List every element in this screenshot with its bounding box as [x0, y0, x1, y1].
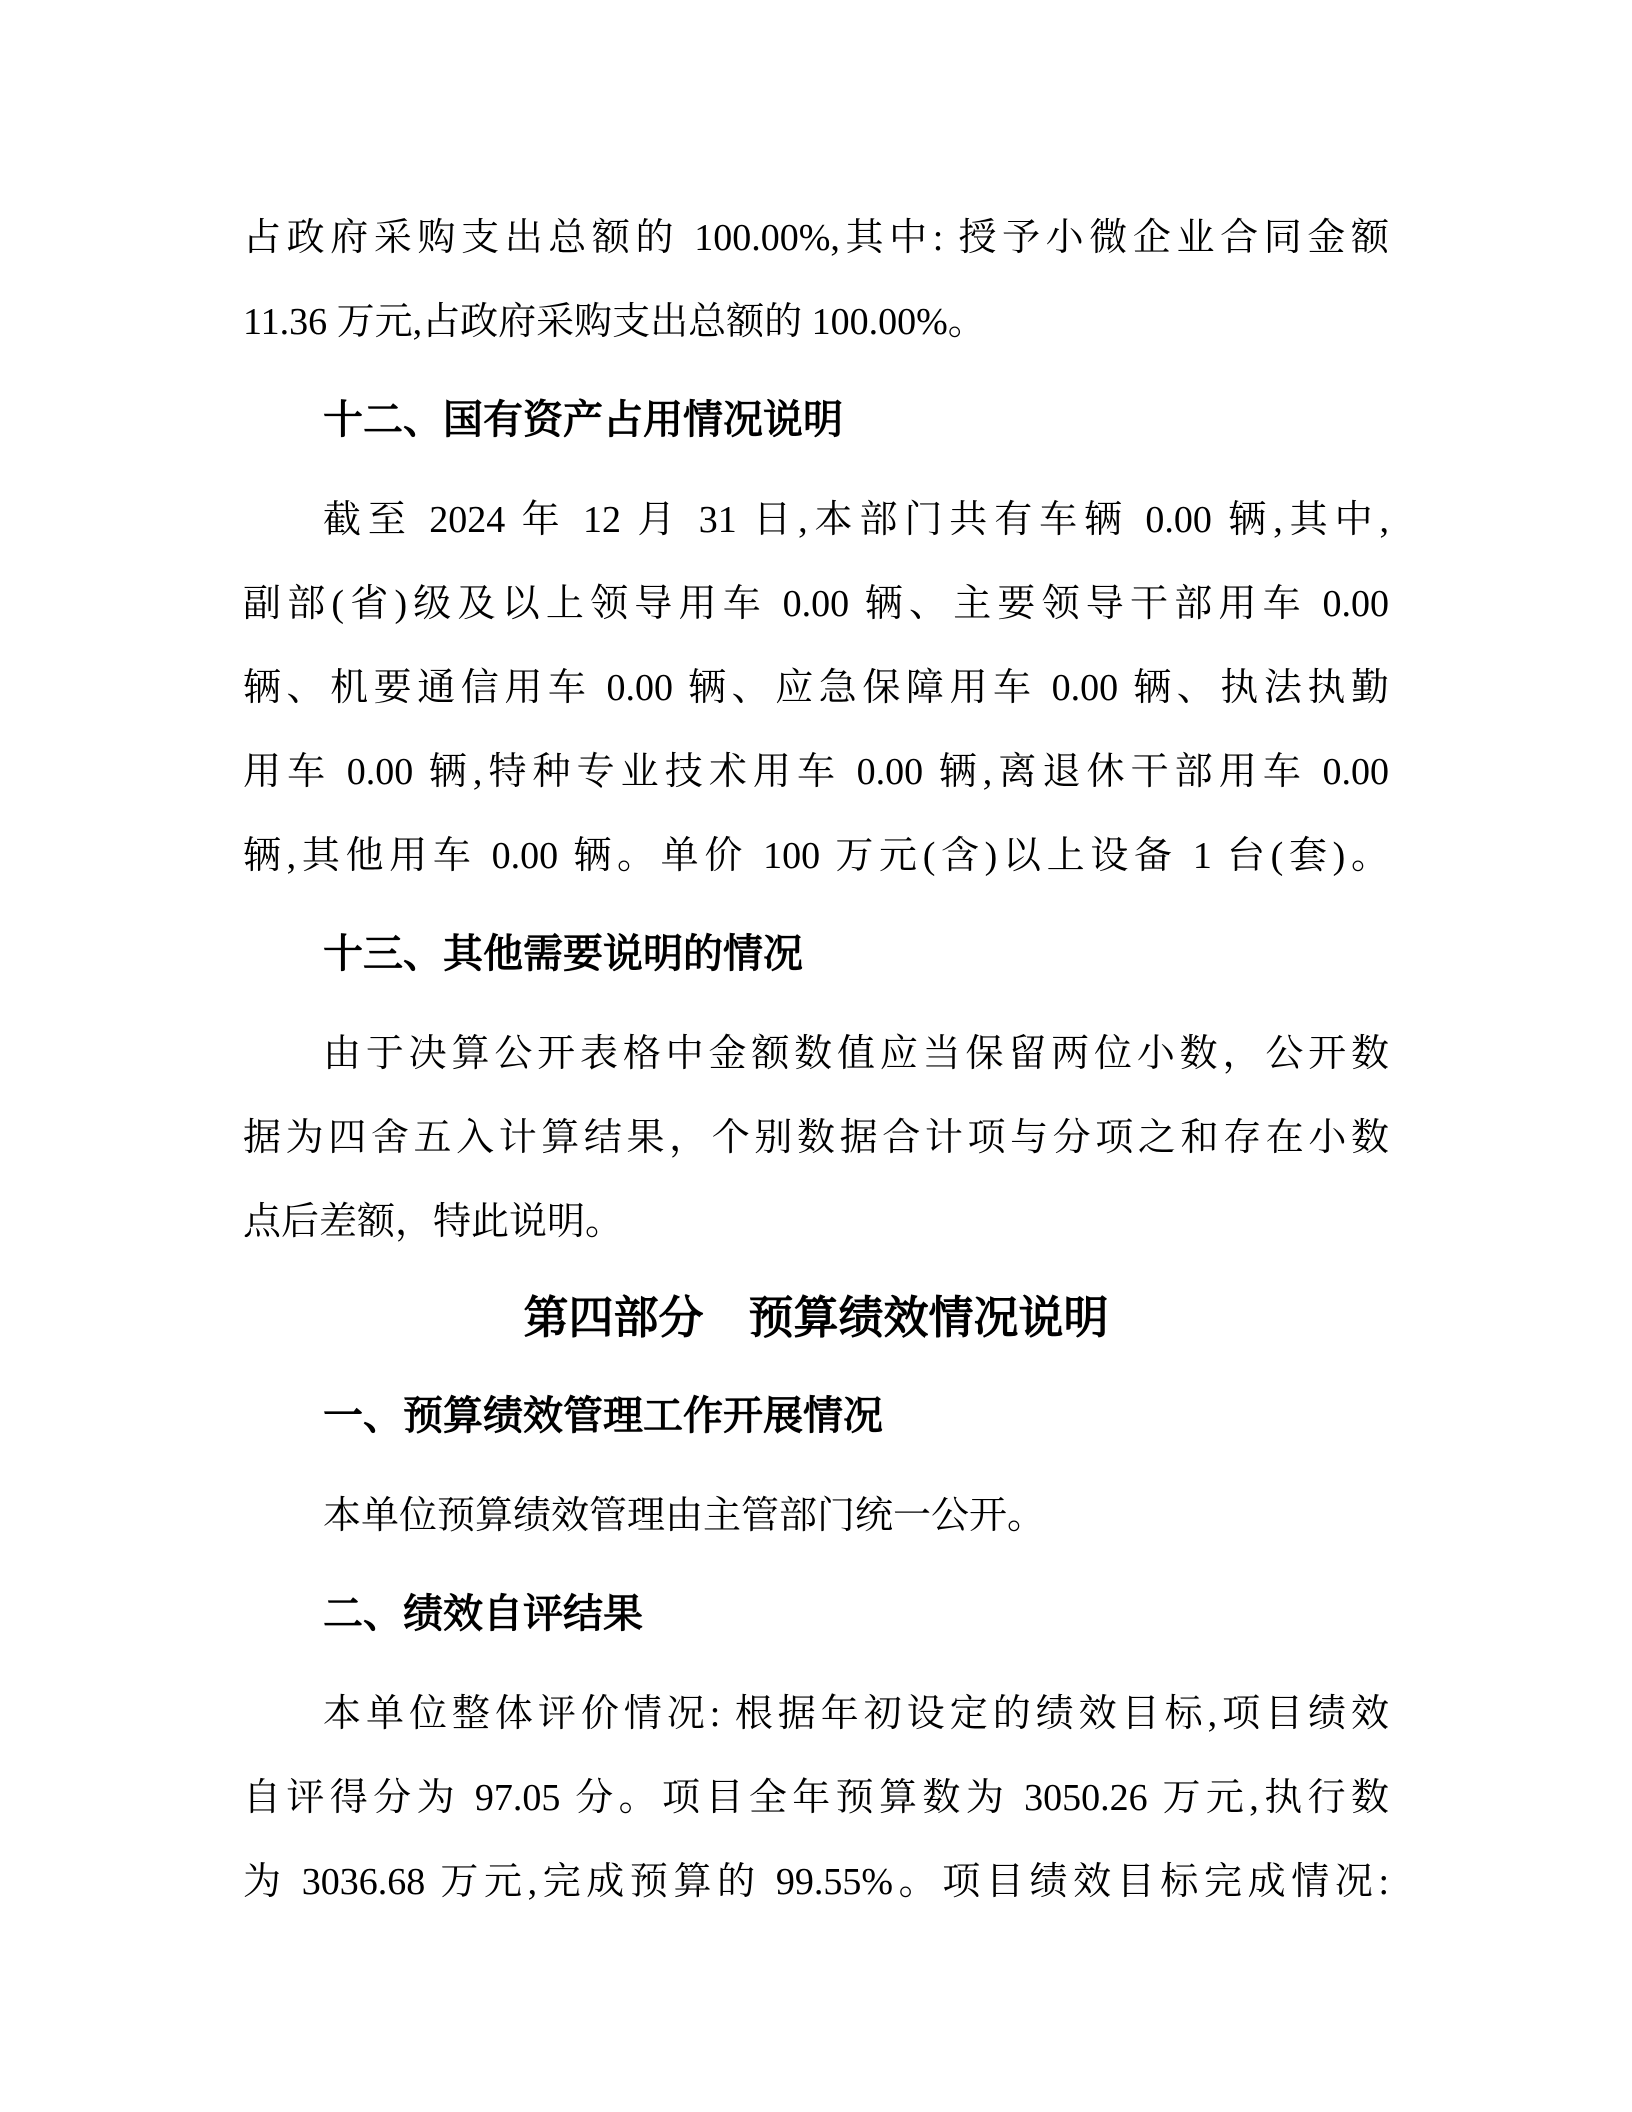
body-text-line: 本单位整体评价情况: 根据年初设定的绩效目标,项目绩效 — [243, 1672, 1389, 1756]
body-text-line: 辆、机要通信用车 0.00 辆、应急保障用车 0.00 辆、执法执勤 — [243, 646, 1389, 730]
document-page: 占政府采购支出总额的 100.00%,其中: 授予小微企业合同金额11.36 万… — [0, 0, 1632, 2112]
section-heading: 十三、其他需要说明的情况 — [243, 912, 1389, 996]
body-text-line: 辆,其他用车 0.00 辆。单价 100 万元(含)以上设备 1 台(套)。 — [243, 814, 1389, 898]
section-heading: 一、预算绩效管理工作开展情况 — [243, 1374, 1389, 1458]
body-text-line: 截至 2024 年 12 月 31 日,本部门共有车辆 0.00 辆,其中, — [243, 478, 1389, 562]
body-text-line: 本单位预算绩效管理由主管部门统一公开。 — [243, 1474, 1389, 1558]
body-text-line: 11.36 万元,占政府采购支出总额的 100.00%。 — [243, 280, 1389, 364]
body-text-line: 占政府采购支出总额的 100.00%,其中: 授予小微企业合同金额 — [243, 196, 1389, 280]
body-text-line: 用车 0.00 辆,特种专业技术用车 0.00 辆,离退休干部用车 0.00 — [243, 730, 1389, 814]
body-text-line: 为 3036.68 万元,完成预算的 99.55%。项目绩效目标完成情况: — [243, 1840, 1389, 1924]
section-heading: 二、绩效自评结果 — [243, 1572, 1389, 1656]
body-text-line: 点后差额，特此说明。 — [243, 1180, 1389, 1264]
body-text-line: 由于决算公开表格中金额数值应当保留两位小数，公开数 — [243, 1012, 1389, 1096]
document-content: 占政府采购支出总额的 100.00%,其中: 授予小微企业合同金额11.36 万… — [243, 196, 1389, 1924]
body-text-line: 自评得分为 97.05 分。项目全年预算数为 3050.26 万元,执行数 — [243, 1756, 1389, 1840]
body-text-line: 据为四舍五入计算结果，个别数据合计项与分项之和存在小数 — [243, 1096, 1389, 1180]
part-title: 第四部分 预算绩效情况说明 — [243, 1276, 1389, 1360]
section-heading: 十二、国有资产占用情况说明 — [243, 378, 1389, 462]
body-text-line: 副部(省)级及以上领导用车 0.00 辆、主要领导干部用车 0.00 — [243, 562, 1389, 646]
